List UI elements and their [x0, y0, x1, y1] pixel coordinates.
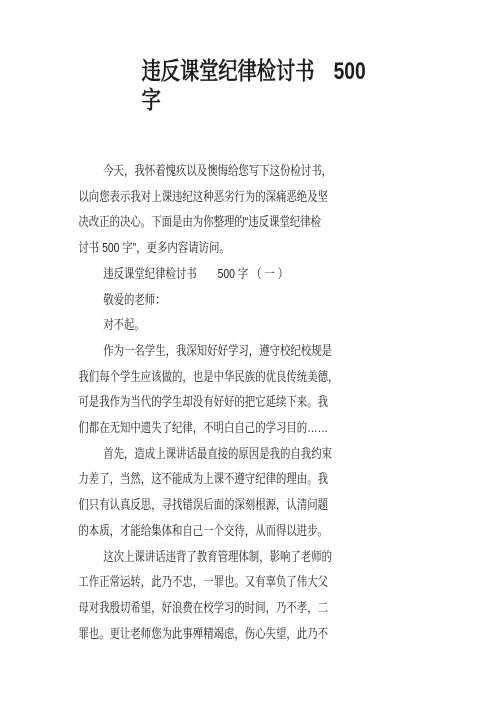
body-line: 工作正常运转，此乃不忠，一罪也。又有辜负了伟大父	[78, 569, 500, 595]
body-line: 决改正的决心。下面是由为你整理的“违反课堂纪律检	[78, 209, 500, 235]
body-line: 今天，我怀着愧疚以及懊悔给您写下这份检讨书，	[78, 158, 500, 184]
body-line: 敬爱的老师：	[78, 287, 500, 313]
title-line: 违反课堂纪律检讨书 500	[142, 57, 500, 86]
body-line: 对不起。	[78, 312, 500, 338]
body-line: 们只有认真反思，寻找错误后面的深刻根源，认清问题	[78, 492, 500, 518]
body-line: 罪也。更让老师您为此事殚精竭虑，伤心失望，此乃不	[78, 621, 500, 647]
body-line: 这次上课讲话违背了教育管理体制，影响了老师的	[78, 544, 500, 570]
title-line: 字	[142, 86, 500, 115]
document-page: 违反课堂纪律检讨书 500 字 今天，我怀着愧疚以及懊悔给您写下这份检讨书， 以…	[0, 0, 500, 646]
body-line: 首先，造成上课讲话最直接的原因是我的自我约束	[78, 441, 500, 467]
body-line: 可是我作为当代的学生却没有好好的把它延续下来。我	[78, 389, 500, 415]
body-line: 以向您表示我对上课违纪这种恶劣行为的深痛恶绝及坚	[78, 184, 500, 210]
document-title: 违反课堂纪律检讨书 500 字	[0, 57, 500, 115]
body-line: 作为一名学生，我深知好好学习，遵守校纪校规是	[78, 338, 500, 364]
body-line: 母对我殷切希望，好浪费在校学习的时间，乃不孝，二	[78, 595, 500, 621]
document-body: 今天，我怀着愧疚以及懊悔给您写下这份检讨书， 以向您表示我对上课违纪这种恶劣行为…	[0, 158, 500, 646]
body-line: 讨书 500 字”，更多内容请访问。	[78, 235, 500, 261]
body-line: 我们每个学生应该做的，也是中华民族的优良传统美德，	[78, 364, 500, 390]
body-line: 力差了，当然，这不能成为上课不遵守纪律的理由。我	[78, 466, 500, 492]
body-line: 的本质，才能给集体和自己一个交待，从而得以进步。	[78, 518, 500, 544]
body-line: 们都在无知中遗失了纪律，不明白自己的学习目的……	[78, 415, 500, 441]
body-line: 违反课堂纪律检讨书 500 字 （ 一 ）	[78, 261, 500, 287]
